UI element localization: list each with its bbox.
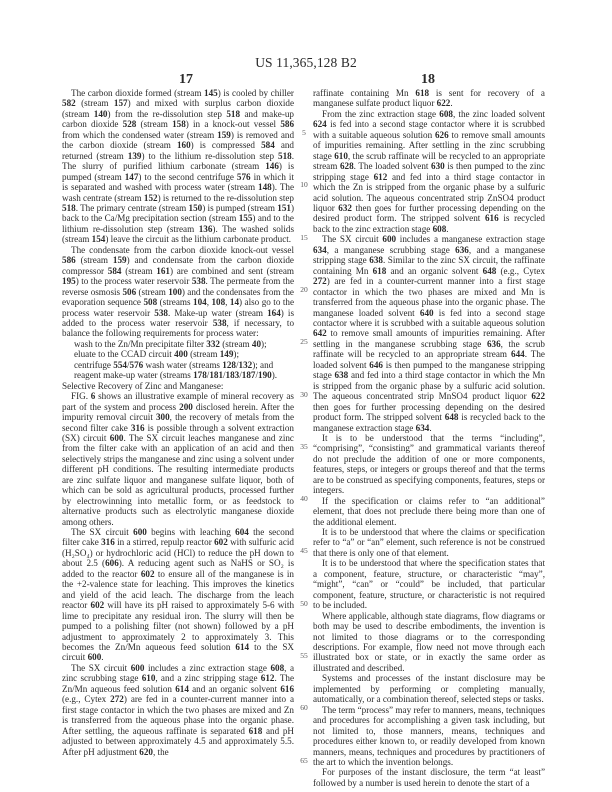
reference-numeral: 622 <box>437 98 451 108</box>
reference-numeral: 612 <box>374 172 388 182</box>
paragraph: It is to be understood that the terms “i… <box>313 433 545 496</box>
reference-numeral: 332 <box>206 339 220 349</box>
reference-numeral: 638 <box>369 255 383 265</box>
reference-numeral: 538 <box>154 308 168 318</box>
reference-numeral: 132 <box>239 360 253 370</box>
reference-numeral: 40 <box>252 339 261 349</box>
reference-numeral: 620 <box>139 747 153 757</box>
reference-numeral: 161 <box>156 266 170 276</box>
reference-numeral: 158 <box>172 119 186 129</box>
reference-numeral: 614 <box>235 642 249 652</box>
reference-numeral: 636 <box>455 245 469 255</box>
list-item: reagent make-up water (streams 178/181/1… <box>62 370 294 380</box>
reference-numeral: 648 <box>483 266 497 276</box>
reference-numeral: 152 <box>144 193 158 203</box>
line-number: 10 <box>297 180 311 189</box>
line-number: 5 <box>297 128 311 137</box>
reference-numeral: 316 <box>131 423 145 433</box>
reference-numeral: 154 <box>92 234 106 244</box>
reference-numeral: 634 <box>313 245 327 255</box>
reference-numeral: 626 <box>435 130 449 140</box>
reference-numeral: 518 <box>278 151 292 161</box>
reference-numeral: 608 <box>270 663 284 673</box>
reference-numeral: 151 <box>277 203 291 213</box>
reference-numeral: 146 <box>265 161 279 171</box>
reference-numeral: 128 <box>222 360 236 370</box>
reference-numeral: 157 <box>114 98 128 108</box>
reference-numeral: 584 <box>108 266 122 276</box>
reference-numeral: 600 <box>133 527 147 537</box>
reference-numeral: 159 <box>113 255 127 265</box>
reference-numeral: 178 <box>193 370 207 380</box>
reference-numeral: 164 <box>267 308 281 318</box>
right-text-column: raffinate containing Mn 618 is sent for … <box>313 88 545 788</box>
reference-numeral: 584 <box>261 140 275 150</box>
reference-numeral: 576 <box>130 360 144 370</box>
paragraph: The carbon dioxide formed (stream 145) i… <box>62 88 294 245</box>
page-number-right: 18 <box>421 72 435 88</box>
reference-numeral: 618 <box>415 88 429 98</box>
reference-numeral: 606 <box>105 558 119 568</box>
reference-numeral: 602 <box>214 537 228 547</box>
paragraph: For purposes of the instant disclosure, … <box>313 767 545 788</box>
list-item: wash to the Zn/Mn precipitate filter 332… <box>62 339 294 349</box>
reference-numeral: 506 <box>122 287 136 297</box>
paragraph: raffinate containing Mn 618 is sent for … <box>313 88 545 109</box>
reference-numeral: 600 <box>131 663 145 673</box>
reference-numeral: 400 <box>174 349 188 359</box>
reference-numeral: 610 <box>142 673 156 683</box>
paragraph: The SX circuit 600 includes a manganese … <box>313 234 545 433</box>
reference-numeral: 272 <box>313 276 327 286</box>
reference-numeral: 187 <box>242 370 256 380</box>
reference-numeral: 104 <box>193 297 207 307</box>
paragraph: The term “process” may refer to manners,… <box>313 705 545 768</box>
reference-numeral: 608 <box>433 224 447 234</box>
reference-numeral: 576 <box>237 172 251 182</box>
reference-numeral: 624 <box>313 119 327 129</box>
reference-numeral: 147 <box>125 172 139 182</box>
reference-numeral: 602 <box>91 600 105 610</box>
reference-numeral: 108 <box>211 297 225 307</box>
paragraph: The SX circuit 600 begins with leaching … <box>62 527 294 663</box>
paragraph: Where applicable, although state diagram… <box>313 611 545 674</box>
paragraph: Systems and processes of the instant dis… <box>313 673 545 704</box>
reference-numeral: 638 <box>335 370 349 380</box>
line-number: 20 <box>297 285 311 294</box>
reference-numeral: 272 <box>110 694 124 704</box>
reference-numeral: 538 <box>213 318 227 328</box>
line-number: 40 <box>297 494 311 503</box>
reference-numeral: 316 <box>101 537 115 547</box>
reference-numeral: 616 <box>485 213 499 223</box>
paragraph: It is to be understood that where the cl… <box>313 527 545 558</box>
paragraph: The condensate from the carbon dioxide k… <box>62 245 294 339</box>
reference-numeral: 604 <box>235 527 249 537</box>
reference-numeral: 300 <box>156 412 170 422</box>
reference-numeral: 181 <box>209 370 223 380</box>
reference-numeral: 612 <box>261 673 275 683</box>
reference-numeral: 190 <box>258 370 272 380</box>
reference-numeral: 140 <box>94 109 108 119</box>
reference-numeral: 618 <box>373 266 387 276</box>
line-number: 45 <box>297 546 311 555</box>
reference-numeral: 646 <box>369 360 383 370</box>
reference-numeral: 148 <box>258 182 272 192</box>
reference-numeral: 508 <box>143 297 157 307</box>
section-heading: Selective Recovery of Zinc and Manganese… <box>62 381 294 391</box>
paragraph: The SX circuit 600 includes a zinc extra… <box>62 663 294 757</box>
reference-numeral: 616 <box>280 684 294 694</box>
reference-numeral: 160 <box>177 140 191 150</box>
reference-numeral: 634 <box>416 423 430 433</box>
list-item: eluate to the CCAD circuit 400 (stream 1… <box>62 349 294 359</box>
reference-numeral: 582 <box>62 98 76 108</box>
reference-numeral: 136 <box>199 224 213 234</box>
paragraph: If the specification or claims refer to … <box>313 496 545 527</box>
line-number: 65 <box>297 756 311 765</box>
paragraph: FIG. 6 shows an illustrative example of … <box>62 391 294 527</box>
reference-numeral: 636 <box>487 339 501 349</box>
reference-numeral: 622 <box>531 391 545 401</box>
reference-numeral: 149 <box>220 349 234 359</box>
reference-numeral: 145 <box>204 88 218 98</box>
reference-numeral: 610 <box>334 151 348 161</box>
left-text-column: The carbon dioxide formed (stream 145) i… <box>62 88 294 757</box>
reference-numeral: 150 <box>189 203 203 213</box>
reference-numeral: 518 <box>226 109 240 119</box>
line-number: 60 <box>297 703 311 712</box>
reference-numeral: 159 <box>217 130 231 140</box>
reference-numeral: 642 <box>313 328 327 338</box>
reference-numeral: 602 <box>141 569 155 579</box>
reference-numeral: 640 <box>420 308 434 318</box>
reference-numeral: 630 <box>431 161 445 171</box>
reference-numeral: 628 <box>340 161 354 171</box>
reference-numeral: 600 <box>110 433 124 443</box>
paragraph: From the zinc extraction stage 608, the … <box>313 109 545 234</box>
line-number: 15 <box>297 233 311 242</box>
reference-numeral: 518 <box>62 203 76 213</box>
line-number: 25 <box>297 337 311 346</box>
reference-numeral: 614 <box>175 684 189 694</box>
reference-numeral: 632 <box>338 203 352 213</box>
page-number-left: 17 <box>179 72 193 88</box>
reference-numeral: 618 <box>249 726 263 736</box>
reference-numeral: 200 <box>179 402 193 412</box>
reference-numeral: 644 <box>511 349 525 359</box>
reference-numeral: 648 <box>445 412 459 422</box>
reference-numeral: 586 <box>62 255 76 265</box>
line-number: 30 <box>297 390 311 399</box>
reference-numeral: 538 <box>192 276 206 286</box>
reference-numeral: 195 <box>62 276 76 286</box>
line-number: 50 <box>297 599 311 608</box>
reference-numeral: 155 <box>239 213 253 223</box>
reference-numeral: 586 <box>280 119 294 129</box>
line-number: 55 <box>297 651 311 660</box>
reference-numeral: 554 <box>113 360 127 370</box>
reference-numeral: 528 <box>123 119 137 129</box>
reference-numeral: 600 <box>88 652 102 662</box>
paragraph: It is to be understood that where the sp… <box>313 558 545 610</box>
reference-numeral: 14 <box>230 297 239 307</box>
line-number: 35 <box>297 442 311 451</box>
reference-numeral: 100 <box>168 287 182 297</box>
reference-numeral: 183 <box>226 370 240 380</box>
reference-numeral: 600 <box>382 234 396 244</box>
list-item: centrifuge 554/576 wash water (streams 1… <box>62 360 294 370</box>
reference-numeral: 139 <box>128 151 142 161</box>
reference-numeral: 6 <box>91 391 96 401</box>
reference-numeral: 608 <box>439 109 453 119</box>
patent-number-header: US 11,365,128 B2 <box>0 55 612 71</box>
